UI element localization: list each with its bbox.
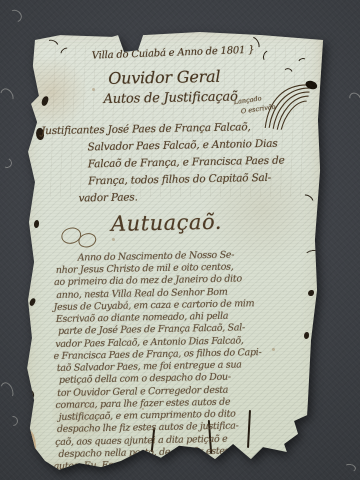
body-line: autos. Eu, Escrivaõ que o escrevi. — [54, 458, 207, 472]
body-line: parte de José Paes de França Falcaõ, Sal… — [58, 322, 245, 337]
header-place-date: Villa do Cuiabá e Anno de 1801 } — [92, 45, 255, 62]
paper-sheet: Villa do Cuiabá e Anno de 1801 } Ouvidor… — [22, 28, 324, 472]
chalk-mark — [6, 8, 24, 25]
header-court: Ouvidor Geral — [108, 67, 221, 88]
body-line: petiçaõ della com o despacho do Dou- — [59, 372, 231, 386]
opening-line: vador Paes. — [78, 191, 137, 204]
body-line: ao primeiro dia do mez de Janeiro do dit… — [54, 273, 242, 288]
pen-flourish-icon — [258, 77, 321, 132]
opening-line: Salvador Paes Falcaõ, e Antonio Dias — [87, 138, 277, 154]
opening-line: Falcaõ de França, e Francisca Paes de — [88, 155, 285, 171]
chalk-mark — [1, 157, 14, 170]
header-record-type: Autos de Justificaçaõ — [103, 89, 237, 107]
section-title: Autuaçaõ. — [111, 210, 222, 236]
opening-line: França, todos filhos do Capitaõ Sal- — [88, 172, 271, 188]
handwriting-layer: Villa do Cuiabá e Anno de 1801 } Ouvidor… — [21, 23, 331, 473]
manuscript-paper: Villa do Cuiabá e Anno de 1801 } Ouvidor… — [22, 28, 324, 472]
chalk-mark — [6, 414, 20, 428]
photo-background: Villa do Cuiabá e Anno de 1801 } Ouvidor… — [0, 0, 360, 480]
chalk-mark — [0, 86, 16, 106]
ink-blot — [128, 39, 137, 46]
opening-line: Justificantes José Paes de França Falcaõ… — [41, 121, 251, 137]
body-line: despacho lhe fiz estes autos de justific… — [57, 420, 239, 434]
chalk-mark — [0, 380, 16, 401]
chalk-mark — [347, 90, 360, 105]
chalk-mark — [343, 463, 356, 473]
body-line: despacho nella posto, de que fiz estes — [58, 446, 229, 460]
